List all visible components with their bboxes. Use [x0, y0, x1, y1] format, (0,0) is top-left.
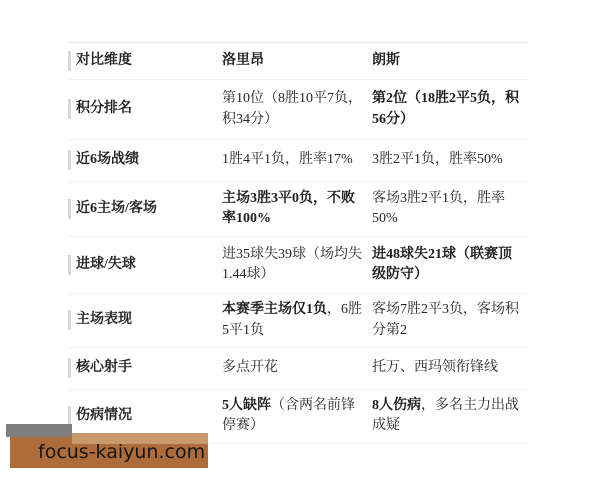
cell-text: 3胜2平1负，胜率50% [372, 152, 503, 167]
cell-text: 进35球失39球（场均失1.44球） [222, 247, 362, 282]
cell-text: 客场7胜2平3负，客场积分第2 [372, 302, 519, 337]
row-dimension-cell: 近6场战绩 [68, 144, 222, 176]
row-accent-bar [68, 310, 71, 330]
lorient-cell: 5人缺阵（含两名前锋停赛） [222, 390, 372, 443]
row-dimension-cell: 主场表现 [68, 304, 222, 336]
lens-cell: 8人伤病，多名主力出战成疑 [372, 390, 528, 443]
watermark-gray-strip [6, 424, 72, 437]
row-accent-bar [68, 150, 71, 170]
cell-text: 第2位（18胜2平5负，积56分） [372, 91, 519, 126]
lens-cell: 客场3胜2平1负，胜率50% [372, 183, 528, 236]
team-lens-label: 朗斯 [372, 53, 400, 68]
row-dimension-cell: 进球/失球 [68, 249, 222, 281]
table-row: 积分排名 第10位（8胜10平7负，积34分） 第2位（18胜2平5负，积56分… [68, 80, 528, 140]
table-row: 核心射手 多点开花 托万、西玛领衔锋线 [68, 348, 528, 390]
cell-text: 进48球失21球（联赛顶级防守） [372, 247, 512, 282]
cell-text: 1胜4平1负，胜率17% [222, 152, 353, 167]
header-team-lens: 朗斯 [372, 45, 528, 77]
row-accent-bar [68, 99, 71, 119]
dimension-text: 伤病情况 [76, 408, 132, 423]
cell-text: 8人伤病 [372, 398, 421, 413]
table-header-row: 对比维度 洛里昂 朗斯 [68, 43, 528, 80]
row-accent-bar [68, 255, 71, 275]
lens-cell: 客场7胜2平3负，客场积分第2 [372, 294, 528, 347]
cell-text: 本赛季主场仅1负 [222, 302, 327, 317]
dimension-text: 主场表现 [76, 312, 132, 327]
page: 对比维度 洛里昂 朗斯 积分排名 第10位（8胜10平7负，积34分） 第2位（… [0, 0, 600, 480]
lorient-cell: 多点开花 [222, 352, 372, 384]
lorient-cell: 第10位（8胜10平7负，积34分） [222, 83, 372, 136]
row-dimension-cell: 伤病情况 [68, 400, 222, 432]
cell-text: 多点开花 [222, 360, 278, 375]
row-accent-bar [68, 358, 71, 378]
dimension-text: 积分排名 [76, 101, 132, 116]
dimension-text: 核心射手 [76, 360, 132, 375]
table-row: 主场表现 本赛季主场仅1负，6胜5平1负 客场7胜2平3负，客场积分第2 [68, 294, 528, 348]
watermark-tan-strip [72, 433, 208, 444]
lorient-cell: 主场3胜3平0负，不败率100% [222, 183, 372, 236]
header-team-lorient: 洛里昂 [222, 45, 372, 77]
row-dimension-cell: 核心射手 [68, 352, 222, 384]
dimension-text: 近6主场/客场 [76, 201, 157, 216]
comparison-table: 对比维度 洛里昂 朗斯 积分排名 第10位（8胜10平7负，积34分） 第2位（… [68, 42, 528, 444]
cell-text: 客场3胜2平1负，胜率50% [372, 191, 505, 226]
row-accent-bar [68, 51, 71, 71]
lorient-cell: 进35球失39球（场均失1.44球） [222, 239, 372, 292]
lorient-cell: 1胜4平1负，胜率17% [222, 144, 372, 176]
header-dimension-label: 对比维度 [76, 53, 132, 68]
cell-text: 5人缺阵 [222, 398, 271, 413]
table-row: 近6场战绩 1胜4平1负，胜率17% 3胜2平1负，胜率50% [68, 140, 528, 182]
watermark-text: focus-kaiyun.com [38, 441, 205, 463]
cell-text: 主场3胜3平0负，不败率100% [222, 191, 355, 226]
dimension-text: 进球/失球 [76, 257, 136, 272]
row-dimension-cell: 近6主场/客场 [68, 193, 222, 225]
lens-cell: 第2位（18胜2平5负，积56分） [372, 83, 528, 136]
lorient-cell: 本赛季主场仅1负，6胜5平1负 [222, 294, 372, 347]
row-accent-bar [68, 199, 71, 219]
table-row: 进球/失球 进35球失39球（场均失1.44球） 进48球失21球（联赛顶级防守… [68, 237, 528, 294]
header-dimension: 对比维度 [68, 45, 222, 77]
lens-cell: 3胜2平1负，胜率50% [372, 144, 528, 176]
team-lorient-label: 洛里昂 [222, 53, 264, 68]
lens-cell: 进48球失21球（联赛顶级防守） [372, 239, 528, 292]
row-dimension-cell: 积分排名 [68, 93, 222, 125]
dimension-text: 近6场战绩 [76, 152, 139, 167]
table-row: 近6主场/客场 主场3胜3平0负，不败率100% 客场3胜2平1负，胜率50% [68, 182, 528, 237]
cell-text: 第10位（8胜10平7负，积34分） [222, 91, 362, 126]
lens-cell: 托万、西玛领衔锋线 [372, 352, 528, 384]
cell-text: 托万、西玛领衔锋线 [372, 360, 498, 375]
